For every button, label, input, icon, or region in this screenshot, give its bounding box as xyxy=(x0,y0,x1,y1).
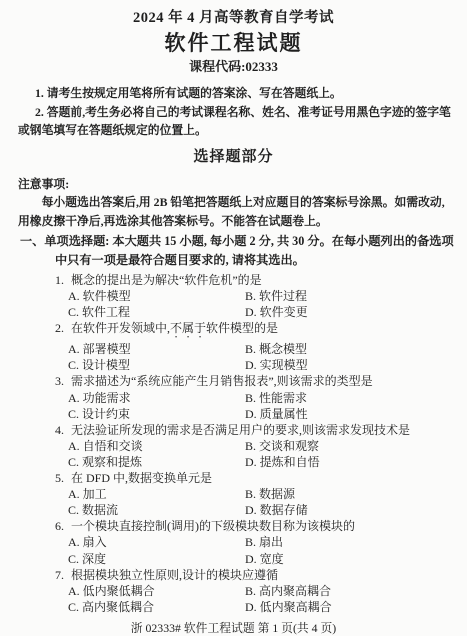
option-c: C. 观察和提炼 xyxy=(68,454,245,470)
option-b: B. 交谈和观察 xyxy=(245,438,467,454)
option-d: D. 数据存储 xyxy=(245,502,467,518)
notes-body: 每小题选出答案后,用 2B 铅笔把答题纸上对应题目的答案标号涂黑。如需改动,用橡… xyxy=(18,193,453,230)
option-d: D. 软件变更 xyxy=(245,304,467,320)
question-options: A. 自悟和交谈 B. 交谈和观察 C. 观察和提炼 D. 提炼和自悟 xyxy=(68,438,467,470)
instructions-block: 1. 请考生按规定用笔将所有试题的答案涂、写在答题纸上。 2. 答题前,考生务必… xyxy=(18,84,453,140)
option-b: B. 高内聚高耦合 xyxy=(245,583,467,599)
question-options: A. 部署模型 B. 概念模型 C. 设计模型 D. 实现模型 xyxy=(68,341,467,373)
option-a: A. 功能需求 xyxy=(68,390,245,406)
option-c: C. 软件工程 xyxy=(68,304,245,320)
question-2: 2. 在软件开发领域中,不属于软件模型的是 A. 部署模型 B. 概念模型 C.… xyxy=(0,320,467,373)
option-b: B. 性能需求 xyxy=(245,390,467,406)
option-d: D. 宽度 xyxy=(245,551,467,567)
option-b: B. 概念模型 xyxy=(245,341,467,357)
instruction-item-2: 2. 答题前,考生务必将自己的考试课程名称、姓名、准考证号用黑色字迹的签字笔或钢… xyxy=(18,103,453,140)
question-options: A. 加工 B. 数据源 C. 数据流 D. 数据存储 xyxy=(68,486,467,518)
option-d: D. 低内聚高耦合 xyxy=(245,599,467,615)
option-d: D. 提炼和自悟 xyxy=(245,454,467,470)
question-stem: 4. 无法验证所发现的需求是否满足用户的要求,则该需求发现技术是 xyxy=(55,422,467,438)
option-c: C. 深度 xyxy=(68,551,245,567)
option-a: A. 低内聚低耦合 xyxy=(68,583,245,599)
question-1: 1. 概念的提出是为解决“软件危机”的是 A. 软件模型 B. 软件过程 C. … xyxy=(0,272,467,320)
paper-title: 软件工程试题 xyxy=(0,30,467,57)
option-b: B. 软件过程 xyxy=(245,288,467,304)
page-footer: 浙 02333# 软件工程试题 第 1 页(共 4 页) xyxy=(0,620,467,636)
question-list: 1. 概念的提出是为解决“软件危机”的是 A. 软件模型 B. 软件过程 C. … xyxy=(0,272,467,615)
option-d: D. 质量属性 xyxy=(245,406,467,422)
question-options: A. 低内聚低耦合 B. 高内聚高耦合 C. 高内聚低耦合 D. 低内聚高耦合 xyxy=(68,583,467,615)
instruction-item-1: 1. 请考生按规定用笔将所有试题的答案涂、写在答题纸上。 xyxy=(18,84,453,103)
question-4: 4. 无法验证所发现的需求是否满足用户的要求,则该需求发现技术是 A. 自悟和交… xyxy=(0,422,467,470)
option-c: C. 高内聚低耦合 xyxy=(68,599,245,615)
question-stem: 6. 一个模块直接控制(调用)的下级模块数目称为该模块的 xyxy=(55,518,467,534)
option-c: C. 设计模型 xyxy=(68,357,245,373)
exam-paper-page: 2024 年 4 月高等教育自学考试 软件工程试题 课程代码:02333 1. … xyxy=(0,0,467,636)
emphasized-text: 不属于 xyxy=(170,321,206,335)
question-number: 2. xyxy=(55,320,68,336)
option-c: C. 数据流 xyxy=(68,502,245,518)
question-number: 6. xyxy=(55,518,68,534)
option-a: A. 部署模型 xyxy=(68,341,245,357)
question-7: 7. 根据模块独立性原则,设计的模块应遵循 A. 低内聚低耦合 B. 高内聚高耦… xyxy=(0,567,467,615)
option-a: A. 加工 xyxy=(68,486,245,502)
question-number: 7. xyxy=(55,567,68,583)
question-number: 3. xyxy=(55,373,68,389)
option-b: B. 扇出 xyxy=(245,534,467,550)
question-number: 1. xyxy=(55,272,68,288)
option-a: A. 扇入 xyxy=(68,534,245,550)
course-code: 课程代码:02333 xyxy=(0,58,467,75)
question-3: 3. 需求描述为“系统应能产生月销售报表”,则该需求的类型是 A. 功能需求 B… xyxy=(0,373,467,421)
question-number: 4. xyxy=(55,422,68,438)
section-title: 选择题部分 xyxy=(0,147,467,167)
question-stem: 1. 概念的提出是为解决“软件危机”的是 xyxy=(55,272,467,288)
question-5: 5. 在 DFD 中,数据变换单元是 A. 加工 B. 数据源 C. 数据流 D… xyxy=(0,470,467,518)
question-number: 5. xyxy=(55,470,68,486)
question-options: A. 软件模型 B. 软件过程 C. 软件工程 D. 软件变更 xyxy=(68,288,467,320)
option-c: C. 设计约束 xyxy=(68,406,245,422)
question-stem: 7. 根据模块独立性原则,设计的模块应遵循 xyxy=(55,567,467,583)
question-options: A. 扇入 B. 扇出 C. 深度 D. 宽度 xyxy=(68,534,467,566)
notes-block: 注意事项: 每小题选出答案后,用 2B 铅笔把答题纸上对应题目的答案标号涂黑。如… xyxy=(18,175,453,231)
option-d: D. 实现模型 xyxy=(245,357,467,373)
question-stem: 5. 在 DFD 中,数据变换单元是 xyxy=(55,470,467,486)
option-b: B. 数据源 xyxy=(245,486,467,502)
question-stem: 3. 需求描述为“系统应能产生月销售报表”,则该需求的类型是 xyxy=(55,373,467,389)
question-options: A. 功能需求 B. 性能需求 C. 设计约束 D. 质量属性 xyxy=(68,390,467,422)
exam-session-title: 2024 年 4 月高等教育自学考试 xyxy=(0,9,467,28)
notes-heading: 注意事项: xyxy=(18,175,453,194)
question-stem: 2. 在软件开发领域中,不属于软件模型的是 xyxy=(55,320,467,341)
part-heading: 一、单项选择题: 本大题共 15 小题, 每小题 2 分, 共 30 分。在每小… xyxy=(55,232,455,269)
question-6: 6. 一个模块直接控制(调用)的下级模块数目称为该模块的 A. 扇入 B. 扇出… xyxy=(0,518,467,566)
option-a: A. 软件模型 xyxy=(68,288,245,304)
option-a: A. 自悟和交谈 xyxy=(68,438,245,454)
